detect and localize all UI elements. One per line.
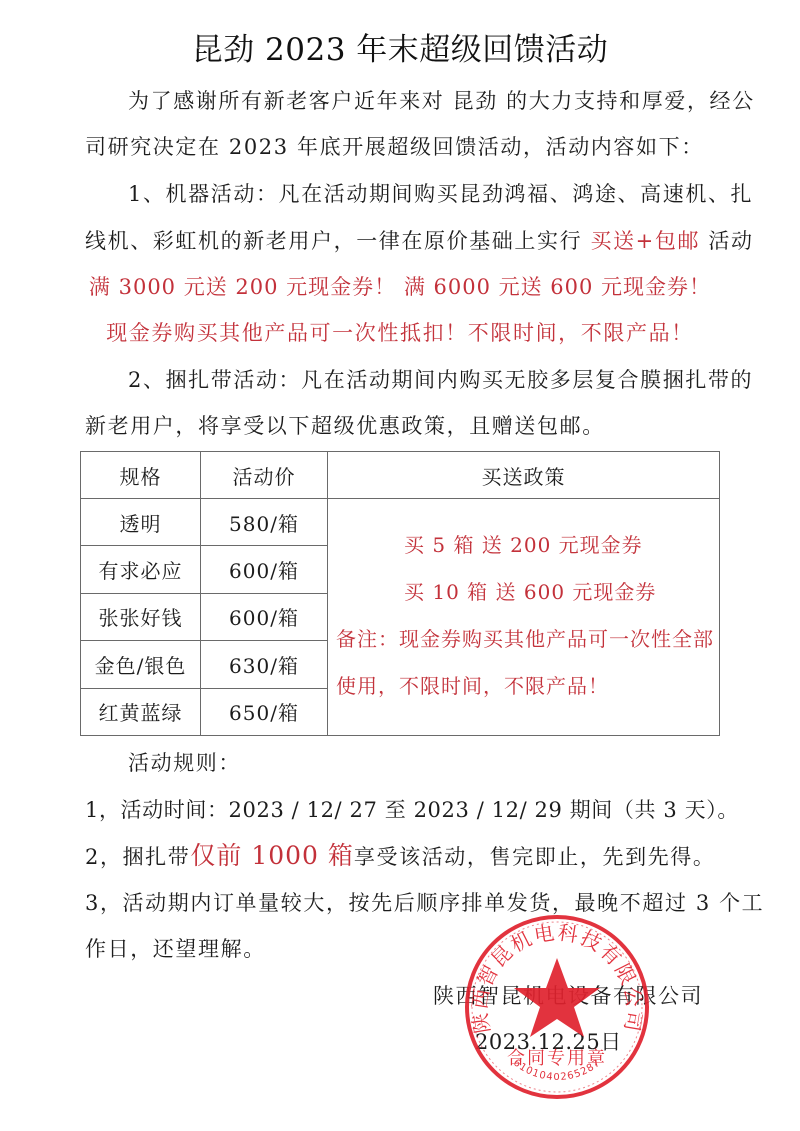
header-spec: 规格 <box>81 452 201 499</box>
price-cell: 650/箱 <box>201 688 328 735</box>
document-title: 昆劲 2023 年末超级回馈活动 <box>0 30 800 70</box>
stamp-arc-text: 陕西智昆机电科技有限公司 <box>467 920 646 1035</box>
rule-3-line-1: 3，活动期内订单量较大，按先后顺序排单发货，最晚不超过 3 个工 <box>85 888 764 918</box>
table-header-row: 规格 活动价 买送政策 <box>81 452 720 499</box>
voucher-usage-line: 现金券购买其他产品可一次性抵扣！不限时间，不限产品！ <box>0 318 800 348</box>
spec-cell: 透明 <box>81 499 201 546</box>
spec-cell: 金色/银色 <box>81 641 201 688</box>
header-price: 活动价 <box>201 452 328 499</box>
policy-note-line-2: 使用，不限时间，不限产品！ <box>336 670 609 699</box>
intro-line-1: 为了感谢所有新老客户近年来对 昆劲 的大力支持和厚爱，经公 <box>128 86 755 116</box>
buy-gift-free-shipping-highlight: 买送+包邮 <box>590 229 700 253</box>
price-cell: 600/箱 <box>201 546 328 593</box>
machine-activity-line-1: 1、机器活动：凡在活动期间购买昆劲鸿福、鸿途、高速机、扎 <box>128 179 753 209</box>
policy-line-buy-10: 买 10 箱 送 600 元现金券 <box>404 576 656 605</box>
voucher-offer-line: 满 3000 元送 200 元现金券！ 满 6000 元送 600 元现金券！ <box>0 272 800 302</box>
promotion-document: 昆劲 2023 年末超级回馈活动 为了感谢所有新老客户近年来对 昆劲 的大力支持… <box>0 0 800 1131</box>
rule-2-prefix: 2，捆扎带 <box>85 845 190 869</box>
signature-company: 陕西智昆机电设备有限公司 <box>433 981 703 1011</box>
signature-date: 2023.12.25日 <box>475 1027 622 1057</box>
policy-note-line-1: 备注：现金券购买其他产品可一次性全部 <box>336 623 714 652</box>
pricing-table: 规格 活动价 买送政策 透明 580/箱 买 5 箱 送 200 元现金券 买 … <box>80 451 720 736</box>
rule-2-limit: 2，捆扎带仅前 1000 箱享受该活动，售完即止，先到先得。 <box>85 841 716 872</box>
spec-cell: 张张好钱 <box>81 593 201 640</box>
table-row: 透明 580/箱 买 5 箱 送 200 元现金券 买 10 箱 送 600 元… <box>81 499 720 546</box>
machine-activity-line-2: 线机、彩虹机的新老用户，一律在原价基础上实行 买送+包邮 活动 <box>85 226 754 256</box>
svg-text:陕西智昆机电科技有限公司: 陕西智昆机电科技有限公司 <box>467 920 646 1035</box>
strap-activity-line-2: 新老用户，将享受以下超级优惠政策，且赠送包邮。 <box>85 411 605 441</box>
policy-line-buy-5: 买 5 箱 送 200 元现金券 <box>404 529 643 558</box>
stamp-serial: 6101040265287 <box>511 1057 603 1083</box>
svg-text:6101040265287: 6101040265287 <box>511 1057 603 1083</box>
policy-cell: 买 5 箱 送 200 元现金券 买 10 箱 送 600 元现金券 备注：现金… <box>328 499 720 736</box>
price-cell: 580/箱 <box>201 499 328 546</box>
machine-activity-suffix: 活动 <box>700 229 753 253</box>
rule-2-suffix: 享受该活动，售完即止，先到先得。 <box>354 845 716 869</box>
first-1000-boxes-highlight: 仅前 1000 箱 <box>190 841 354 870</box>
rule-3-line-2: 作日，还望理解。 <box>85 934 266 964</box>
rules-heading: 活动规则： <box>128 748 241 778</box>
price-cell: 630/箱 <box>201 641 328 688</box>
strap-activity-line-1: 2、捆扎带活动：凡在活动期间内购买无胶多层复合膜捆扎带的 <box>128 365 753 395</box>
spec-cell: 红黄蓝绿 <box>81 688 201 735</box>
rule-1-activity-time: 1，活动时间：2023 / 12/ 27 至 2023 / 12/ 29 期间（… <box>85 795 739 825</box>
machine-activity-text: 线机、彩虹机的新老用户，一律在原价基础上实行 <box>85 229 590 253</box>
spec-cell: 有求必应 <box>81 546 201 593</box>
intro-line-2: 司研究决定在 2023 年底开展超级回馈活动，活动内容如下： <box>85 132 704 162</box>
header-policy: 买送政策 <box>328 452 720 499</box>
price-cell: 600/箱 <box>201 593 328 640</box>
